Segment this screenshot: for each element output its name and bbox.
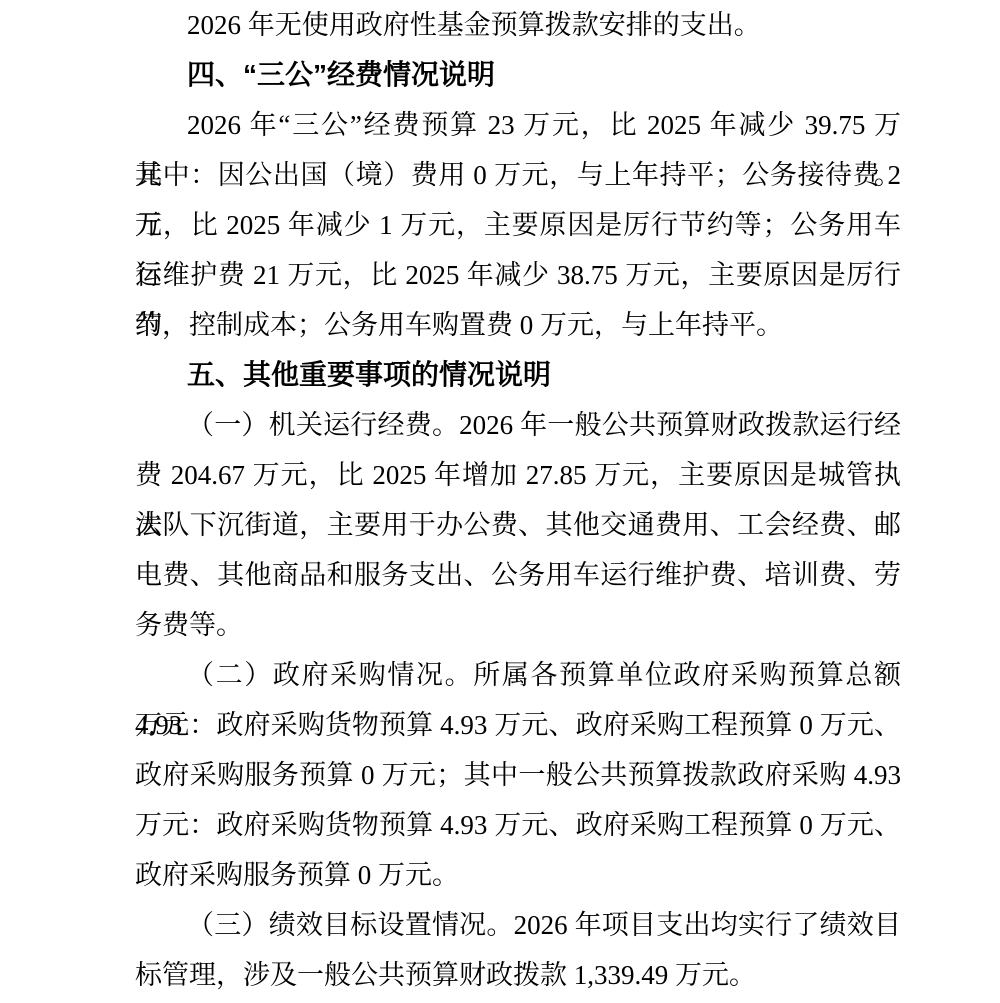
text-line: 标管理，涉及一般公共预算财政拨款 1,339.49 万元。 — [135, 950, 901, 1000]
text-line: 元，比 2025 年减少 1 万元，主要原因是厉行节约等；公务用车运 — [135, 200, 901, 250]
paragraph: 2026 年“三公”经费预算 23 万元，比 2025 年减少 39.75 万元… — [135, 100, 901, 350]
heading-line: 四、“三公”经费情况说明 — [135, 50, 901, 100]
text-line: 约，控制成本；公务用车购置费 0 万元，与上年持平。 — [135, 300, 901, 350]
text-line: （一）机关运行经费。2026 年一般公共预算财政拨款运行经 — [135, 400, 901, 450]
text-line: 务费等。 — [135, 600, 901, 650]
text-line: 万元：政府采购货物预算 4.93 万元、政府采购工程预算 0 万元、 — [135, 800, 901, 850]
text-line: 其中：因公出国（境）费用 0 万元，与上年持平；公务接待费 2 万 — [135, 150, 901, 200]
document-body: 2026 年无使用政府性基金预算拨款安排的支出。四、“三公”经费情况说明2026… — [135, 0, 901, 1000]
section-heading: 四、“三公”经费情况说明 — [135, 50, 901, 100]
paragraph: 2026 年无使用政府性基金预算拨款安排的支出。 — [135, 0, 901, 50]
heading-line: 五、其他重要事项的情况说明 — [135, 350, 901, 400]
text-line: 2026 年无使用政府性基金预算拨款安排的支出。 — [135, 0, 901, 50]
text-line: 政府采购服务预算 0 万元；其中一般公共预算拨款政府采购 4.93 — [135, 750, 901, 800]
section-heading: 五、其他重要事项的情况说明 — [135, 350, 901, 400]
paragraph: （三）绩效目标设置情况。2026 年项目支出均实行了绩效目标管理，涉及一般公共预… — [135, 900, 901, 1000]
text-line: 行维护费 21 万元，比 2025 年减少 38.75 万元，主要原因是厉行节 — [135, 250, 901, 300]
text-line: 万元：政府采购货物预算 4.93 万元、政府采购工程预算 0 万元、 — [135, 700, 901, 750]
text-line: （二）政府采购情况。所属各预算单位政府采购预算总额 4.93 — [135, 650, 901, 700]
text-line: 大队下沉街道，主要用于办公费、其他交通费用、工会经费、邮 — [135, 500, 901, 550]
paragraph: （一）机关运行经费。2026 年一般公共预算财政拨款运行经费 204.67 万元… — [135, 400, 901, 650]
text-line: 费 204.67 万元，比 2025 年增加 27.85 万元，主要原因是城管执… — [135, 450, 901, 500]
text-line: （三）绩效目标设置情况。2026 年项目支出均实行了绩效目 — [135, 900, 901, 950]
text-line: 2026 年“三公”经费预算 23 万元，比 2025 年减少 39.75 万元… — [135, 100, 901, 150]
text-line: 电费、其他商品和服务支出、公务用车运行维护费、培训费、劳 — [135, 550, 901, 600]
text-line: 政府采购服务预算 0 万元。 — [135, 850, 901, 900]
paragraph: （二）政府采购情况。所属各预算单位政府采购预算总额 4.93万元：政府采购货物预… — [135, 650, 901, 900]
document-page: 2026 年无使用政府性基金预算拨款安排的支出。四、“三公”经费情况说明2026… — [0, 0, 1000, 1003]
